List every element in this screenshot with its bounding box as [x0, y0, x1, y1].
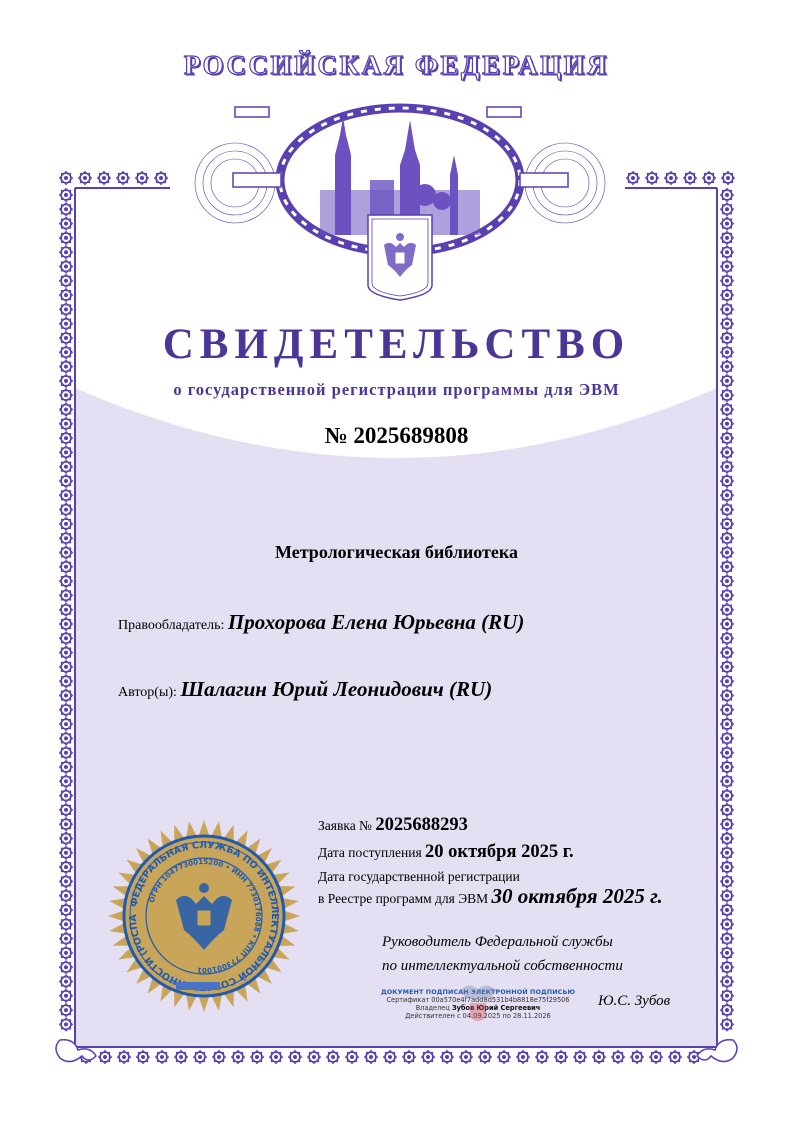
application-row: Заявка № 2025688293 — [318, 815, 468, 836]
program-name: Метрологическая библиотека — [0, 542, 793, 563]
rospatent-seal-icon: ФЕДЕРАЛЬНАЯ СЛУЖБА ПО ИНТЕЛЛЕКТУАЛЬНОЙ С… — [106, 818, 302, 1014]
electronic-signature-stamp: ДОКУМЕНТ ПОДПИСАН ЭЛЕКТРОННОЙ ПОДПИСЬЮ С… — [378, 983, 578, 1027]
received-date-row: Дата поступления 20 октября 2025 г. — [318, 842, 574, 863]
author-row: Автор(ы): Шалагин Юрий Леонидович (RU) — [118, 677, 492, 702]
certificate-number: № 2025689808 — [0, 423, 793, 449]
signer-position: Руководитель Федеральной службы по интел… — [382, 930, 623, 978]
received-date-label: Дата поступления — [318, 845, 425, 860]
eagle-watermark-icon — [456, 977, 500, 1027]
registration-label-line1: Дата государственной регистрации — [318, 869, 520, 884]
application-label: Заявка № — [318, 818, 375, 833]
author-value: Шалагин Юрий Леонидович (RU) — [180, 677, 492, 701]
author-label: Автор(ы): — [118, 685, 180, 700]
certificate-subtitle: о государственной регистрации программы … — [0, 380, 793, 400]
kremlin-wreath-emblem-icon — [190, 95, 610, 310]
certificate-title: СВИДЕТЕЛЬСТВО — [0, 320, 793, 369]
registration-date-value: 30 октября 2025 г. — [492, 884, 663, 908]
signer-position-line1: Руководитель Федеральной службы — [382, 930, 623, 954]
rightholder-label: Правообладатель: — [118, 618, 228, 633]
registration-date-row: в Реестре программ для ЭВМ 30 октября 20… — [318, 884, 663, 909]
registration-label-line2: в Реестре программ для ЭВМ — [318, 891, 492, 906]
rightholder-value: Прохорова Елена Юрьевна (RU) — [228, 610, 524, 634]
rightholder-row: Правообладатель: Прохорова Елена Юрьевна… — [118, 610, 524, 635]
received-date-value: 20 октября 2025 г. — [425, 842, 574, 862]
application-number: 2025688293 — [375, 815, 468, 835]
signer-name: Ю.С. Зубов — [598, 993, 670, 1010]
signer-position-line2: по интеллектуальной собственности — [382, 954, 623, 978]
country-title: РОССИЙСКАЯ ФЕДЕРАЦИЯ — [0, 50, 793, 81]
